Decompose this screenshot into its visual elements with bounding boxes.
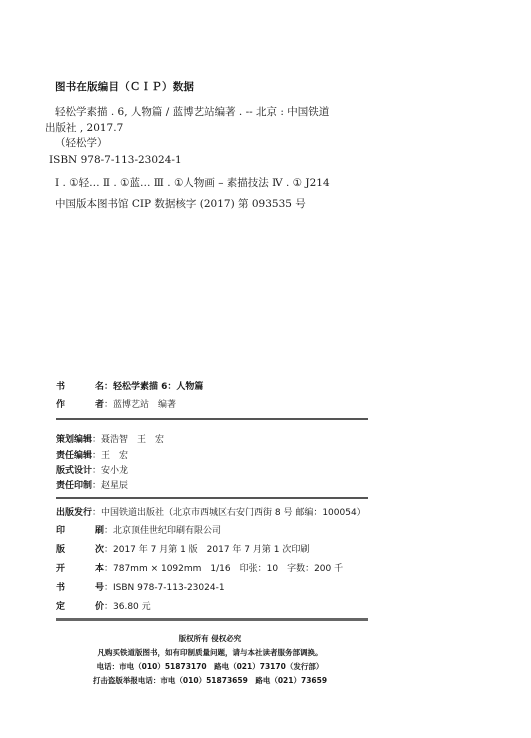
printer-field: 印刷：北京顶佳世纪印刷有限公司 [56, 523, 221, 536]
format-field: 开本：787mm × 1092mm 1/16 印张：10 字数：200 千 [56, 561, 343, 574]
rights-notice: 版权所有 侵权必究 [0, 633, 420, 644]
divider-line [56, 497, 368, 499]
divider-line-thick [56, 618, 368, 621]
cip-entry-line2: 出版社 , 2017.7 [45, 120, 123, 135]
author-field: 作者：蓝博艺站 编著 [56, 397, 176, 410]
cip-record-number: 中国版本图书馆 CIP 数据核字 (2017) 第 093535 号 [55, 196, 306, 211]
cip-title: 图书在版编目（ＣＩＰ）数据 [55, 79, 194, 94]
edition-field: 版次：2017 年 7 月第 1 版 2017 年 7 月第 1 次印刷 [56, 542, 309, 555]
book-title-value: ：轻松学素描 6：人物篇 [104, 382, 203, 392]
contact-phone: 电话：市电（010）51873170 路电（021）73170（发行部） [0, 661, 420, 672]
divider-line [56, 418, 368, 420]
cip-isbn: ISBN 978-7-113-23024-1 [49, 154, 182, 166]
planning-editor-field: 策划编辑：聂浩智 王 宏 [56, 432, 164, 445]
cip-series: （轻松学） [55, 135, 108, 150]
print-supervisor-field: 责任印制：赵星辰 [56, 478, 128, 491]
field-label: 书名 [56, 379, 104, 392]
price-field: 定价：36.80 元 [56, 599, 151, 612]
isbn-field: 书号：ISBN 978-7-113-23024-1 [56, 580, 225, 593]
publisher-field: 出版发行：中国铁道出版社（北京市西城区右安门西街 8 号 邮编：100054） [56, 505, 366, 518]
cip-classification: Ⅰ . ①轻… Ⅱ . ①蓝… Ⅲ . ①人物画 – 素描技法 Ⅳ . ① J2… [55, 175, 330, 190]
field-label: 作者 [56, 397, 104, 410]
quality-notice: 凡购买铁道版图书，如有印制质量问题，请与本社读者服务部调换。 [0, 647, 420, 658]
piracy-report-phone: 打击盗版举报电话：市电（010）51873659 路电（021）73659 [0, 675, 420, 686]
cip-entry-line1: 轻松学素描 . 6, 人物篇 / 蓝博艺站编著 . -- 北京 : 中国铁道 [55, 104, 329, 119]
responsible-editor-field: 责任编辑：王 宏 [56, 448, 128, 461]
book-title-field: 书名：轻松学素描 6：人物篇 [56, 379, 203, 392]
layout-design-field: 版式设计：安小龙 [56, 463, 128, 476]
author-value: ：蓝博艺站 编著 [104, 400, 176, 410]
